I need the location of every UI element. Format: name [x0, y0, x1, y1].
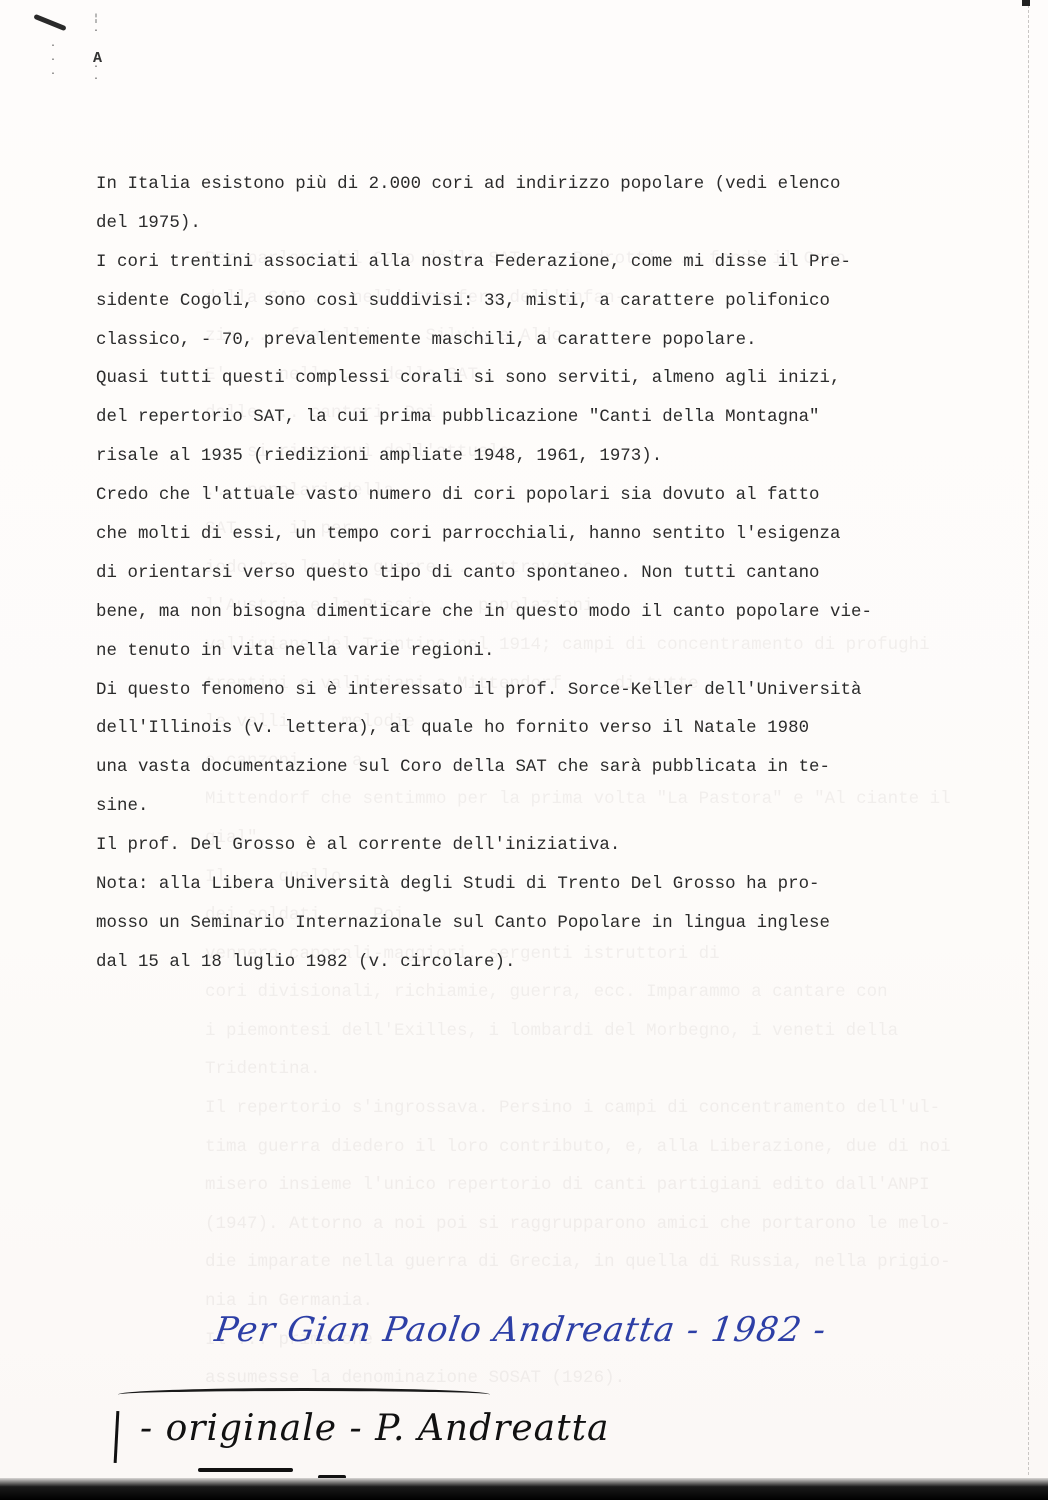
text-line: del 1975). — [96, 205, 916, 244]
pen-stroke-vertical — [114, 1411, 120, 1463]
text-line: Credo che l'attuale vasto numero di cori… — [96, 477, 916, 516]
text-line: bene, ma non bisogna dimenticare che in … — [96, 594, 916, 633]
text-line: sine. — [96, 788, 916, 827]
text-line: classico, - 70, prevalentemente maschili… — [96, 322, 916, 361]
text-line: mosso un Seminario Internazionale sul Ca… — [96, 905, 916, 944]
text-line: Quasi tutti questi complessi corali si s… — [96, 360, 916, 399]
text-line: Il prof. Del Grosso è al corrente dell'i… — [96, 827, 916, 866]
page-letter: A — [93, 50, 102, 67]
page-edge-right — [1028, 0, 1030, 1475]
pen-underline — [198, 1468, 293, 1472]
text-line: una vasta documentazione sul Coro della … — [96, 749, 916, 788]
text-line: di orientarsi verso questo tipo di canto… — [96, 555, 916, 594]
scan-bottom-edge — [0, 1478, 1048, 1500]
text-line: I cori trentini associati alla nostra Fe… — [96, 244, 916, 283]
margin-dots-left: ··· — [50, 40, 56, 82]
page-edge-mark — [1022, 0, 1030, 6]
pen-stroke — [118, 1388, 490, 1401]
typed-body-text: In Italia esistono più di 2.000 cori ad … — [96, 166, 916, 983]
text-line: che molti di essi, un tempo cori parrocc… — [96, 516, 916, 555]
text-line: del repertorio SAT, la cui prima pubblic… — [96, 399, 916, 438]
text-line: ne tenuto in vita nella varie regioni. — [96, 633, 916, 672]
text-line: risale al 1935 (riedizioni ampliate 1948… — [96, 438, 916, 477]
text-line: Nota: alla Libera Università degli Studi… — [96, 866, 916, 905]
text-line: Di questo fenomeno si è interessato il p… — [96, 672, 916, 711]
text-line: In Italia esistono più di 2.000 cori ad … — [96, 166, 916, 205]
document-page: ··· ¦··· A Per parlare del Coro della SA… — [0, 0, 1048, 1500]
corner-pen-mark — [33, 14, 66, 31]
text-line: sidente Cogoli, sono così suddivisi: 33,… — [96, 283, 916, 322]
text-line: dal 15 al 18 luglio 1982 (v. circolare). — [96, 944, 916, 983]
text-line: dell'Illinois (v. lettera), al quale ho … — [96, 710, 916, 749]
handwritten-note: - originale - P. Andreatta — [140, 1408, 610, 1449]
handwritten-dedication: Per Gian Paolo Andreatta - 1982 - — [212, 1310, 829, 1350]
